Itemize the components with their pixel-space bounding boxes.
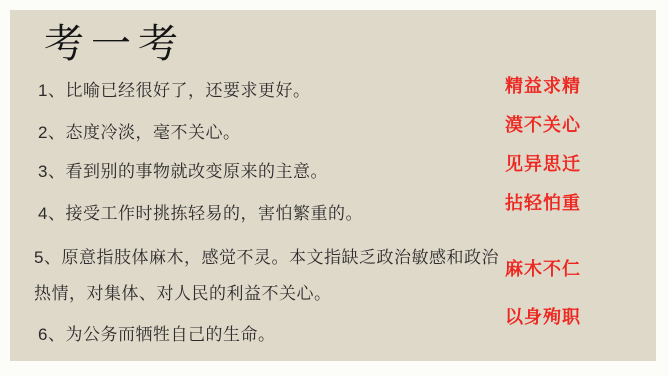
- question-3: 3、看到别的事物就改变原来的主意。: [38, 162, 328, 182]
- question-5: 5、原意指肢体麻木，感觉不灵。本文指缺乏政治敏感和政治 热情，对集体、对人民的利…: [34, 240, 499, 312]
- answer-5: 麻木不仁: [505, 258, 581, 280]
- question-5-line-2: 热情，对集体、对人民的利益不关心。: [34, 276, 499, 312]
- slide-title: 考一考: [44, 22, 185, 66]
- slide-background: 考一考 1、比喻已经很好了，还要求更好。 2、态度冷淡，毫不关心。 3、看到别的…: [10, 10, 656, 361]
- answer-2: 漠不关心: [505, 114, 581, 136]
- answer-1: 精益求精: [505, 75, 581, 97]
- question-4: 4、接受工作时挑拣轻易的，害怕繁重的。: [38, 204, 363, 224]
- answer-3: 见异思迁: [505, 153, 581, 175]
- question-5-line-1: 5、原意指肢体麻木，感觉不灵。本文指缺乏政治敏感和政治: [34, 240, 499, 276]
- answer-4: 拈轻怕重: [505, 192, 581, 214]
- question-6: 6、为公务而牺牲自己的生命。: [38, 325, 275, 345]
- question-2: 2、态度冷淡，毫不关心。: [38, 123, 240, 143]
- question-1: 1、比喻已经很好了，还要求更好。: [38, 81, 310, 101]
- answer-6: 以身殉职: [505, 306, 581, 328]
